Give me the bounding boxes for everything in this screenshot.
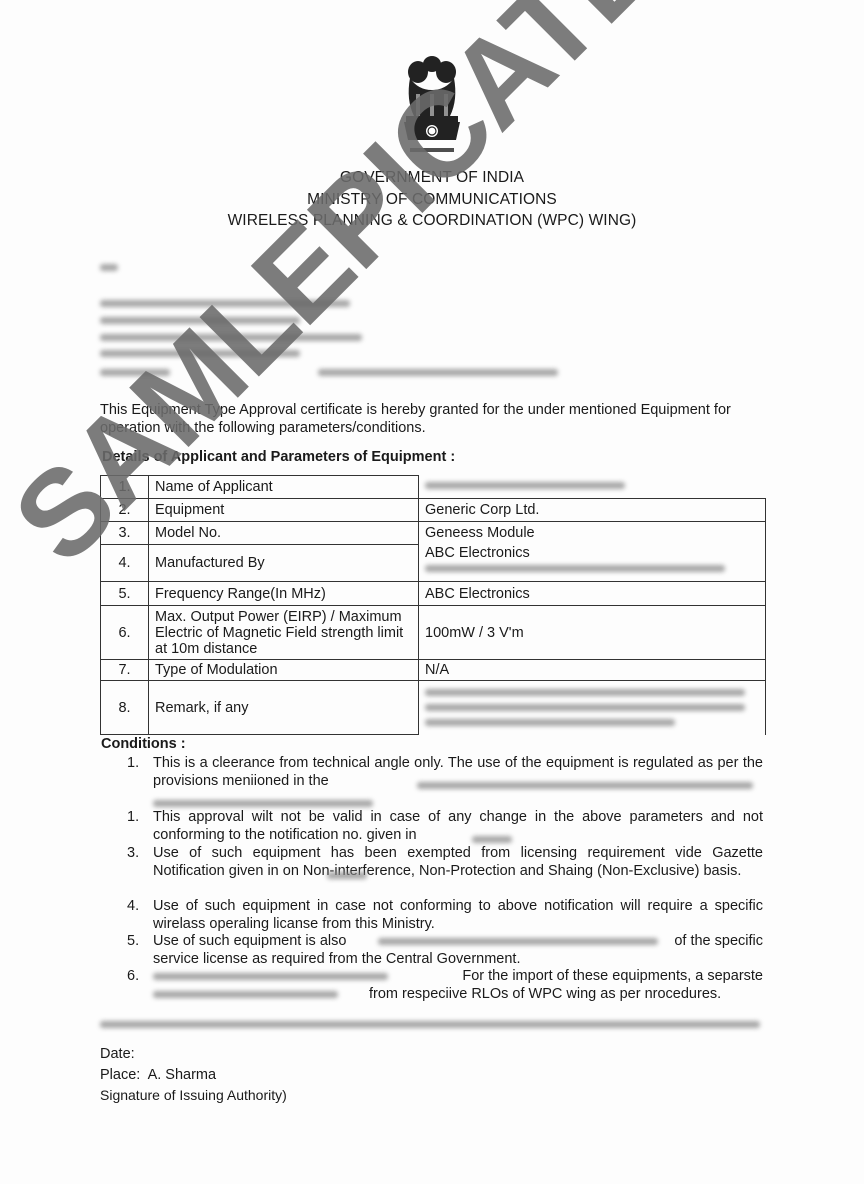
condition-item: 4. Use of such equipment in case not con… — [127, 897, 763, 933]
table-row: 3. Model No. Geneess Module — [101, 522, 766, 545]
table-row: 1. Name of Applicant — [101, 476, 766, 499]
table-row: 2. Equipment Generic Corp Ltd. — [101, 499, 766, 522]
header-wing: WIRELESS PLANNING & COORDINATION (WPC) W… — [0, 210, 864, 232]
issuing-authority: Signature of Issuing Authority) — [100, 1087, 287, 1103]
condition-item: 5. Use of such equipment is also of the … — [127, 932, 763, 968]
letterhead: GOVERNMENT OF INDIA MINISTRY OF COMMUNIC… — [0, 167, 864, 232]
header-ministry: MINISTRY OF COMMUNICATIONS — [0, 189, 864, 211]
condition-item: 1. This is a cleerance from technical an… — [127, 754, 763, 790]
place-line: Place: A. Sharma — [100, 1067, 216, 1083]
table-row: 4. Manufactured By ABC Electronics — [101, 545, 766, 582]
date-line: Date: — [100, 1046, 135, 1062]
table-row: 8. Remark, if any — [101, 681, 766, 735]
table-row: 7. Type of Modulation N/A — [101, 660, 766, 681]
header-government: GOVERNMENT OF INDIA — [0, 167, 864, 189]
certificate-page: GOVERNMENT OF INDIA MINISTRY OF COMMUNIC… — [0, 0, 864, 1184]
table-row: 5. Frequency Range(In MHz) ABC Electroni… — [101, 582, 766, 606]
national-emblem-icon — [396, 50, 468, 160]
condition-item: 6. For the import of these equipments, a… — [127, 967, 763, 1003]
condition-item: 1. This approval wilt not be valid in ca… — [127, 808, 763, 844]
redacted-note — [100, 1021, 760, 1028]
details-heading: Details of Applicant and Parameters of E… — [102, 449, 455, 465]
intro-paragraph: This Equipment Type Approval certificate… — [100, 401, 766, 437]
condition-item: 3. Use of such equipment has been exempt… — [127, 844, 763, 880]
table-row: 6. Max. Output Power (EIRP) / Maximum El… — [101, 606, 766, 660]
equipment-details-table: 1. Name of Applicant 2. Equipment Generi… — [100, 475, 766, 735]
conditions-heading: Conditions : — [101, 736, 186, 752]
